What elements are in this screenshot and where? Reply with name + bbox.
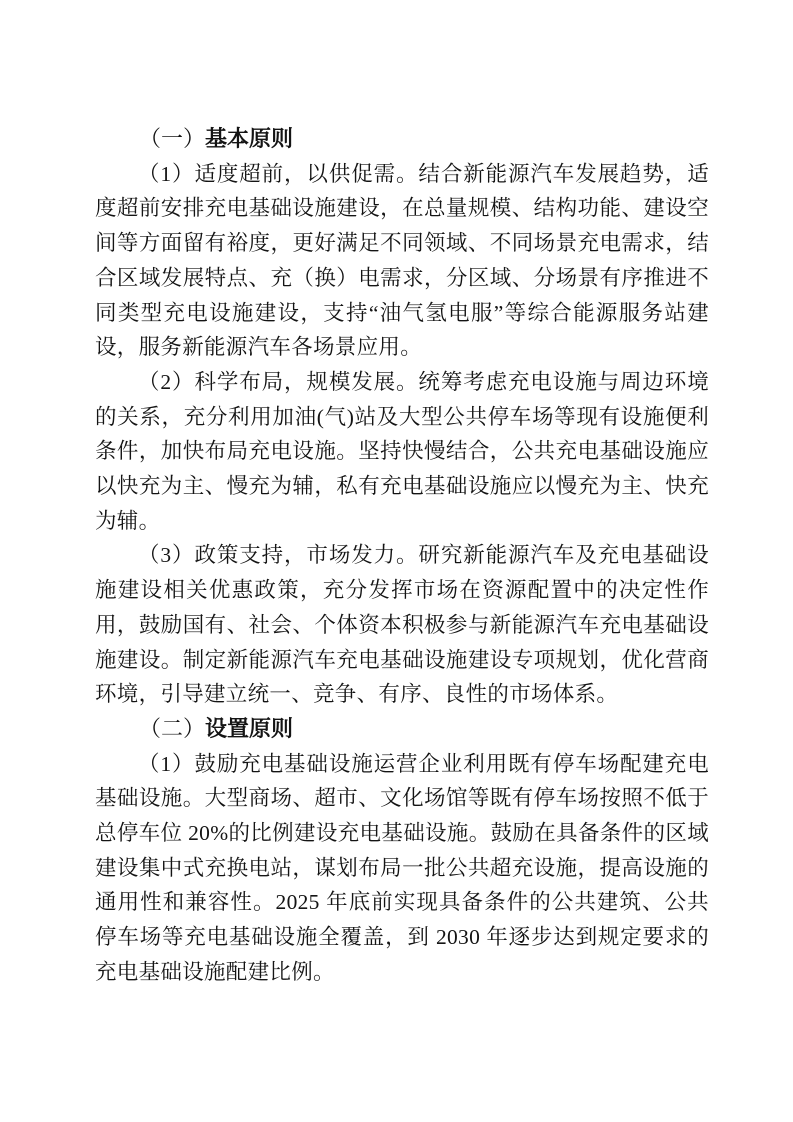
heading-number: （一） (139, 126, 205, 151)
section-basic-principles: （一）基本原则 （1）适度超前，以供促需。结合新能源汽车发展趋势，适度超前安排充… (95, 122, 709, 712)
heading-title: 基本原则 (205, 126, 293, 151)
section-heading: （二）设置原则 (95, 712, 709, 747)
body-paragraph: （3）政策支持，市场发力。研究新能源汽车及充电基础设施建设相关优惠政策，充分发挥… (95, 538, 709, 712)
heading-number: （二） (139, 716, 205, 741)
body-paragraph: （2）科学布局，规模发展。统筹考虑充电设施与周边环境的关系，充分利用加油(气)站… (95, 365, 709, 539)
section-setup-principles: （二）设置原则 （1）鼓励充电基础设施运营企业利用既有停车场配建充电基础设施。大… (95, 712, 709, 990)
section-heading: （一）基本原则 (95, 122, 709, 157)
body-paragraph: （1）鼓励充电基础设施运营企业利用既有停车场配建充电基础设施。大型商场、超市、文… (95, 747, 709, 990)
body-paragraph: （1）适度超前，以供促需。结合新能源汽车发展趋势，适度超前安排充电基础设施建设，… (95, 157, 709, 365)
document-page: （一）基本原则 （1）适度超前，以供促需。结合新能源汽车发展趋势，适度超前安排充… (0, 0, 793, 1122)
heading-title: 设置原则 (205, 716, 293, 741)
